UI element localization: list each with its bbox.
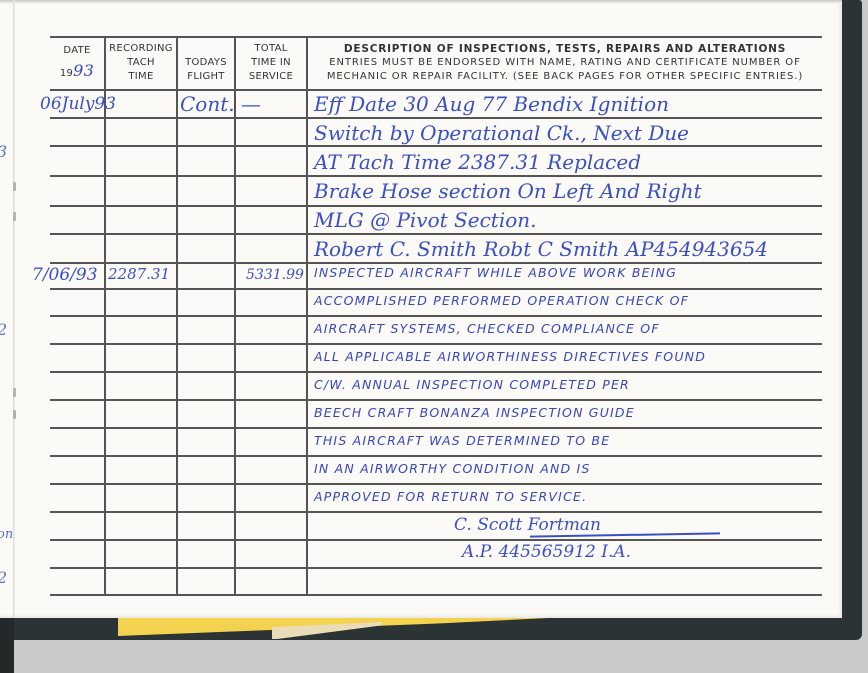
margin-note: on [0, 527, 13, 542]
row-rule [50, 205, 822, 207]
entry-tach-time: 2287.31 [108, 265, 170, 283]
tach-time-column-header: RECORDING TACH TIME [106, 36, 176, 89]
row-rule [50, 455, 822, 457]
binding-staple [13, 388, 16, 397]
binding-fold [13, 0, 15, 618]
entry-date: 06July93 [40, 94, 116, 114]
todays-flight-column-header: TODAYS FLIGHT [178, 36, 234, 89]
description-line: C/W. ANNUAL INSPECTION COMPLETED PER [314, 377, 630, 392]
row-rule [50, 315, 822, 317]
binding-staple [13, 212, 16, 221]
description-line: INSPECTED AIRCRAFT WHILE ABOVE WORK BEIN… [314, 265, 677, 280]
description-line: APPROVED FOR RETURN TO SERVICE. [314, 489, 587, 504]
description-line: AIRCRAFT SYSTEMS, CHECKED COMPLIANCE OF [314, 321, 660, 336]
description-line: Eff Date 30 Aug 77 Bendix Ignition [314, 92, 669, 116]
row-rule [50, 175, 822, 177]
description-line: IN AN AIRWORTHY CONDITION AND IS [314, 461, 591, 476]
row-rule [50, 262, 822, 264]
description-line: ACCOMPLISHED PERFORMED OPERATION CHECK O… [314, 293, 689, 308]
row-rule [50, 371, 822, 373]
description-line: ALL APPLICABLE AIRWORTHINESS DIRECTIVES … [314, 349, 706, 364]
entry-date: 7/06/93 [32, 265, 98, 285]
description-line: Switch by Operational Ck., Next Due [314, 121, 689, 145]
binding-staple [13, 182, 16, 191]
description-line: MLG @ Pivot Section. [314, 208, 537, 232]
row-rule [50, 117, 822, 119]
margin-note: 2 [0, 568, 7, 587]
row-rule [50, 399, 822, 401]
margin-note: 3 [0, 142, 7, 161]
row-rule [50, 233, 822, 235]
maintenance-log-table: DATE 1993 RECORDING TACH TIME TODAYS FLI… [50, 36, 822, 596]
description-line: BEECH CRAFT BONANZA INSPECTION GUIDE [314, 405, 635, 420]
year-handwritten: 93 [73, 61, 94, 80]
row-rule [50, 511, 822, 513]
row-rule [50, 483, 822, 485]
description-line: Robert C. Smith Robt C Smith AP454943654 [314, 237, 768, 261]
row-rule [50, 343, 822, 345]
row-rule [50, 288, 822, 290]
inspector-signature: C. Scott Fortman [454, 515, 601, 535]
inspector-certificate: A.P. 445565912 I.A. [462, 542, 631, 562]
description-line: AT Tach Time 2387.31 Replaced [314, 150, 641, 174]
row-rule [50, 427, 822, 429]
entry-todays-flight: Cont. — [180, 92, 261, 116]
cover-spine [0, 617, 14, 673]
description-line: THIS AIRCRAFT WAS DETERMINED TO BE [314, 433, 610, 448]
date-column-header: DATE 1993 [50, 36, 104, 89]
margin-note: 2 [0, 320, 7, 339]
binding-staple [13, 410, 16, 419]
logbook-page: 3 2 on 2 DATE 1993 RECORDING TACH TIME T… [0, 0, 842, 618]
row-rule [50, 567, 822, 569]
row-rule [50, 539, 822, 541]
row-rule [50, 145, 822, 147]
entry-total-time: 5331.99 [246, 267, 304, 283]
total-time-column-header: TOTAL TIME IN SERVICE [236, 36, 306, 89]
description-column-header: DESCRIPTION OF INSPECTIONS, TESTS, REPAI… [308, 36, 822, 89]
description-line: Brake Hose section On Left And Right [314, 179, 702, 203]
